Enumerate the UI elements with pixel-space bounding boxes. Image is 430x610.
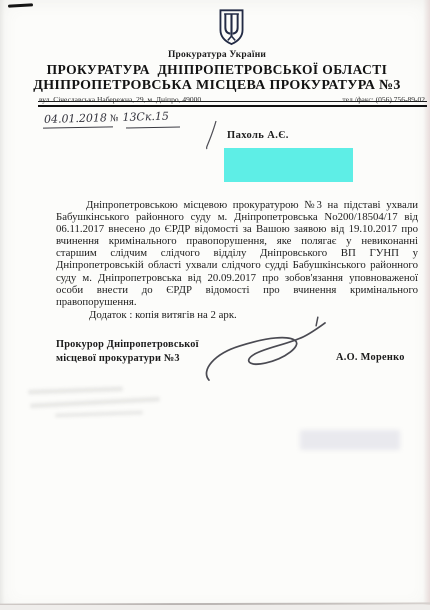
bleed-through-artifact: [30, 397, 160, 409]
org-name-line2: ДНІПРОПЕТРОВСЬКА МІСЦЕВА ПРОКУРАТУРА №3: [0, 78, 430, 94]
signer-title-line2: місцевої прокуратури №3: [56, 352, 199, 366]
letterhead-rule: [38, 101, 427, 107]
org-name-line1: ПРОКУРАТУРА ДНІПРОПЕТРОВСЬКОЇ ОБЛАСТІ: [0, 62, 430, 78]
org-country-line: Прокуратура України: [0, 50, 430, 60]
bleed-through-stamp-artifact: [300, 430, 400, 450]
handwritten-number: 13Ск.15: [122, 110, 169, 124]
handwritten-checkmark: [203, 119, 219, 151]
signer-title-line1: Прокурор Дніпропетровської: [56, 338, 199, 352]
scanned-letter-page: Прокуратура України ПРОКУРАТУРА ДНІПРОПЕ…: [0, 0, 430, 610]
handwritten-date: 04.01.2018: [44, 111, 107, 126]
letter-body-paragraph: Дніпропетровською місцевою прокуратурою …: [56, 199, 418, 308]
bleed-through-artifact: [55, 410, 143, 417]
reference-underline-number: [126, 127, 180, 129]
scanner-background: [0, 605, 430, 610]
handwritten-signature: [197, 314, 337, 391]
pen-mark: [8, 3, 33, 7]
signer-title: Прокурор Дніпропетровської місцевої прок…: [56, 338, 199, 365]
bleed-through-artifact: [28, 386, 123, 394]
ukraine-trident-emblem-icon: [218, 8, 245, 47]
numero-sign: №: [107, 114, 123, 124]
signer-name: А.О. Моренко: [336, 352, 405, 363]
redaction-highlight: [224, 148, 353, 182]
reference-underline-date: [43, 126, 113, 128]
recipient-name: Пахоль А.Є.: [227, 130, 289, 141]
